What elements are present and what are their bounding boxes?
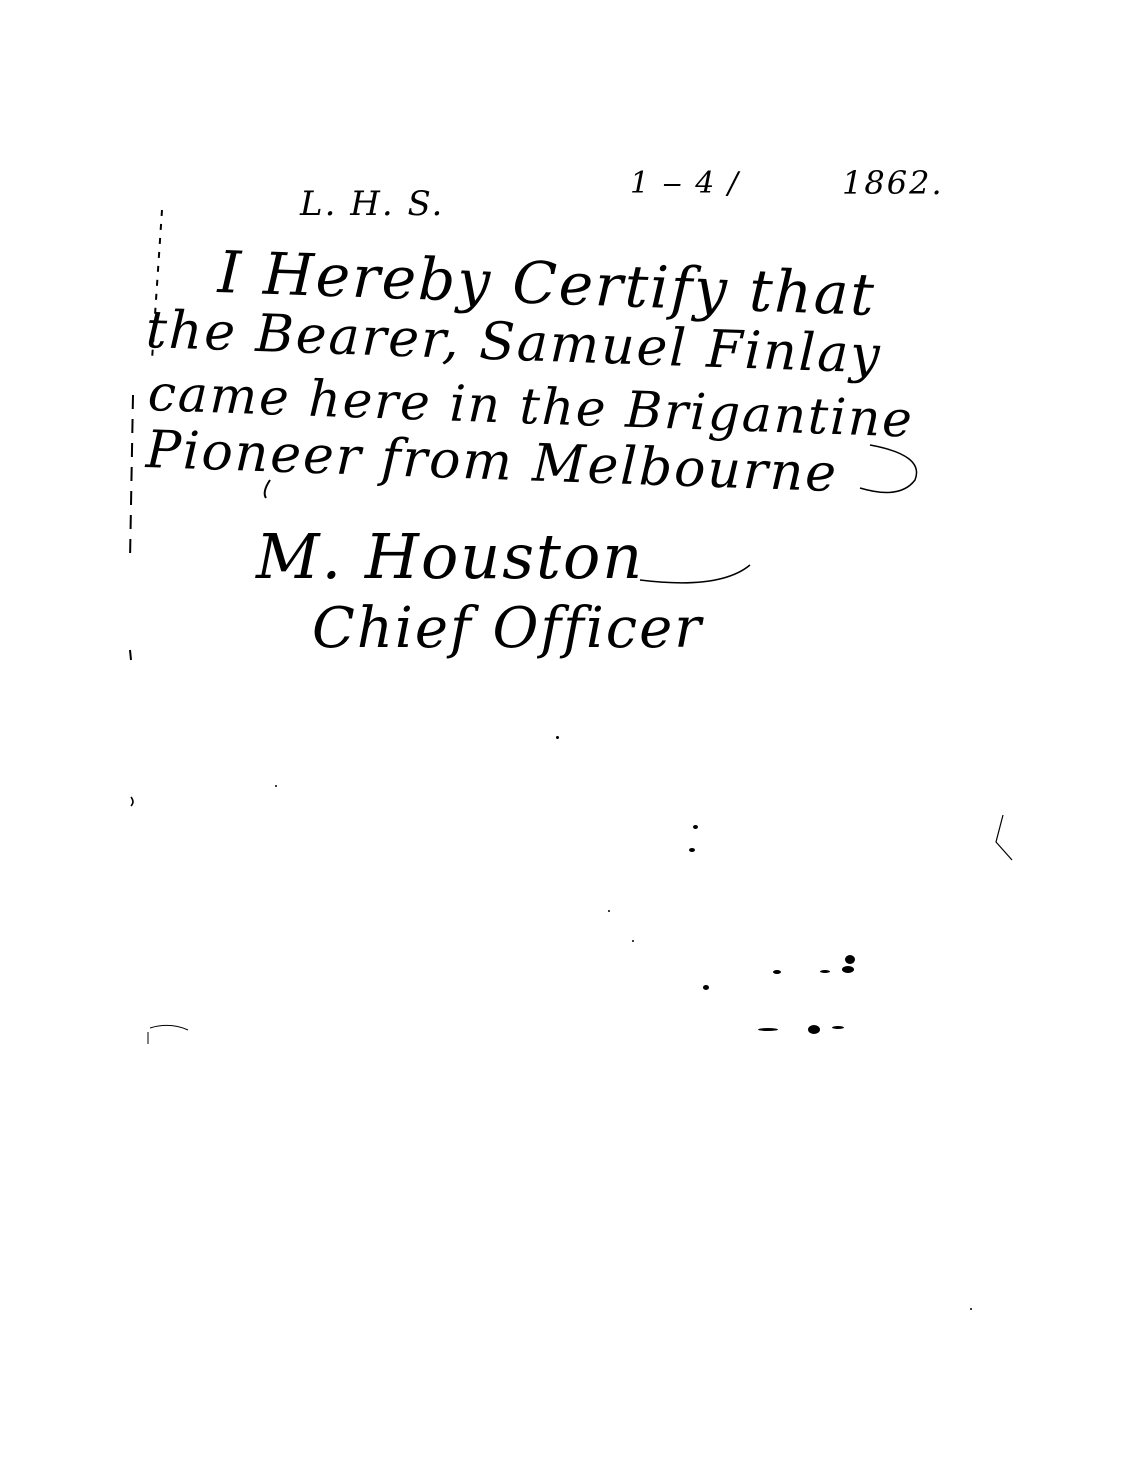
speck [556,736,559,739]
blot [820,970,830,973]
blot [808,1025,820,1034]
header-place: L. H. S. [300,184,444,224]
speck [693,825,698,829]
blot [773,970,781,974]
scanned-document-page: L. H. S. 1 ‒ 4 / 1862. I Hereby Certify … [0,0,1125,1462]
blot [845,955,855,964]
speck [689,848,695,852]
blot [758,1028,778,1031]
speck [632,940,634,942]
header-date: 1 ‒ 4 / [630,166,740,201]
speck [608,910,610,912]
speck [970,1308,972,1310]
blot [703,985,709,990]
signature-title: Chief Officer [312,596,703,661]
blot [832,1026,844,1029]
speck [275,785,277,787]
signature-name: M. Houston [256,520,644,593]
header-year: 1862. [842,164,944,202]
scan-artifacts [0,0,1125,1462]
blot [842,966,854,973]
